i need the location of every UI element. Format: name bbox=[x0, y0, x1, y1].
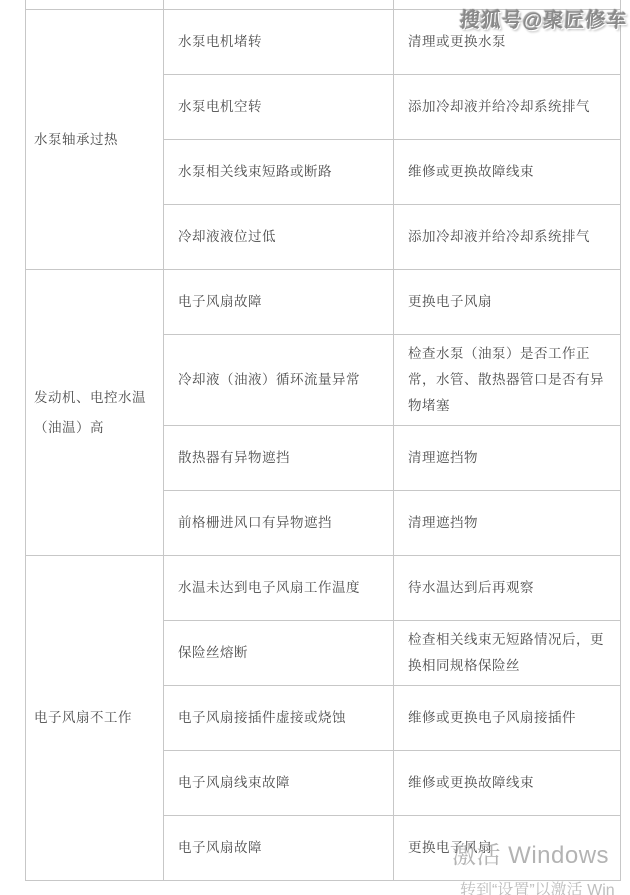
cause-cell: 水泵电机空转 bbox=[164, 75, 394, 140]
cause-cell: 水温未达到电子风扇工作温度 bbox=[164, 556, 394, 621]
page: 搜狐号@聚匠修车 水泵轴承过热水泵电机堵转清理或更换水泵水泵电机空转添加冷却液并… bbox=[0, 0, 630, 895]
windows-activation-watermark: 激活 Windows 转到“设置”以激活 Win bbox=[452, 835, 615, 895]
solution-cell: 添加冷却液并给冷却系统排气 bbox=[394, 75, 621, 140]
sohu-watermark: 搜狐号@聚匠修车 bbox=[459, 4, 629, 33]
solution-cell: 添加冷却液并给冷却系统排气 bbox=[394, 205, 621, 270]
cause-cell: 电子风扇故障 bbox=[164, 270, 394, 335]
fault-category-cell: 水泵轴承过热 bbox=[26, 10, 164, 270]
solution-cell: 维修或更换故障线束 bbox=[394, 140, 621, 205]
fault-table: 水泵轴承过热水泵电机堵转清理或更换水泵水泵电机空转添加冷却液并给冷却系统排气水泵… bbox=[25, 0, 621, 881]
solution-cell: 清理遮挡物 bbox=[394, 491, 621, 556]
empty-cell bbox=[26, 0, 164, 10]
fault-category-cell: 电子风扇不工作 bbox=[26, 556, 164, 881]
cause-cell: 电子风扇线束故障 bbox=[164, 751, 394, 816]
solution-cell: 维修或更换故障线束 bbox=[394, 751, 621, 816]
cause-cell: 冷却液液位过低 bbox=[164, 205, 394, 270]
cause-cell: 冷却液（油液）循环流量异常 bbox=[164, 335, 394, 426]
solution-cell: 清理遮挡物 bbox=[394, 426, 621, 491]
cause-cell: 水泵电机堵转 bbox=[164, 10, 394, 75]
cause-cell: 电子风扇故障 bbox=[164, 816, 394, 881]
empty-cell bbox=[164, 0, 394, 10]
table-row: 发动机、电控水温（油温）高电子风扇故障更换电子风扇 bbox=[26, 270, 621, 335]
windows-activation-subtitle: 转到“设置”以激活 Win bbox=[460, 877, 615, 895]
solution-cell: 检查水泵（油泵）是否工作正常，水管、散热器管口是否有异物堵塞 bbox=[394, 335, 621, 426]
cause-cell: 前格栅进风口有异物遮挡 bbox=[164, 491, 394, 556]
table-row: 电子风扇不工作水温未达到电子风扇工作温度待水温达到后再观察 bbox=[26, 556, 621, 621]
fault-table-body: 水泵轴承过热水泵电机堵转清理或更换水泵水泵电机空转添加冷却液并给冷却系统排气水泵… bbox=[26, 0, 621, 881]
solution-cell: 维修或更换电子风扇接插件 bbox=[394, 686, 621, 751]
cause-cell: 散热器有异物遮挡 bbox=[164, 426, 394, 491]
cause-cell: 电子风扇接插件虚接或烧蚀 bbox=[164, 686, 394, 751]
solution-cell: 待水温达到后再观察 bbox=[394, 556, 621, 621]
fault-category-cell: 发动机、电控水温（油温）高 bbox=[26, 270, 164, 556]
solution-cell: 检查相关线束无短路情况后，更换相同规格保险丝 bbox=[394, 621, 621, 686]
cause-cell: 保险丝熔断 bbox=[164, 621, 394, 686]
cause-cell: 水泵相关线束短路或断路 bbox=[164, 140, 394, 205]
windows-activation-title: 激活 Windows bbox=[452, 835, 615, 870]
solution-cell: 更换电子风扇 bbox=[394, 270, 621, 335]
